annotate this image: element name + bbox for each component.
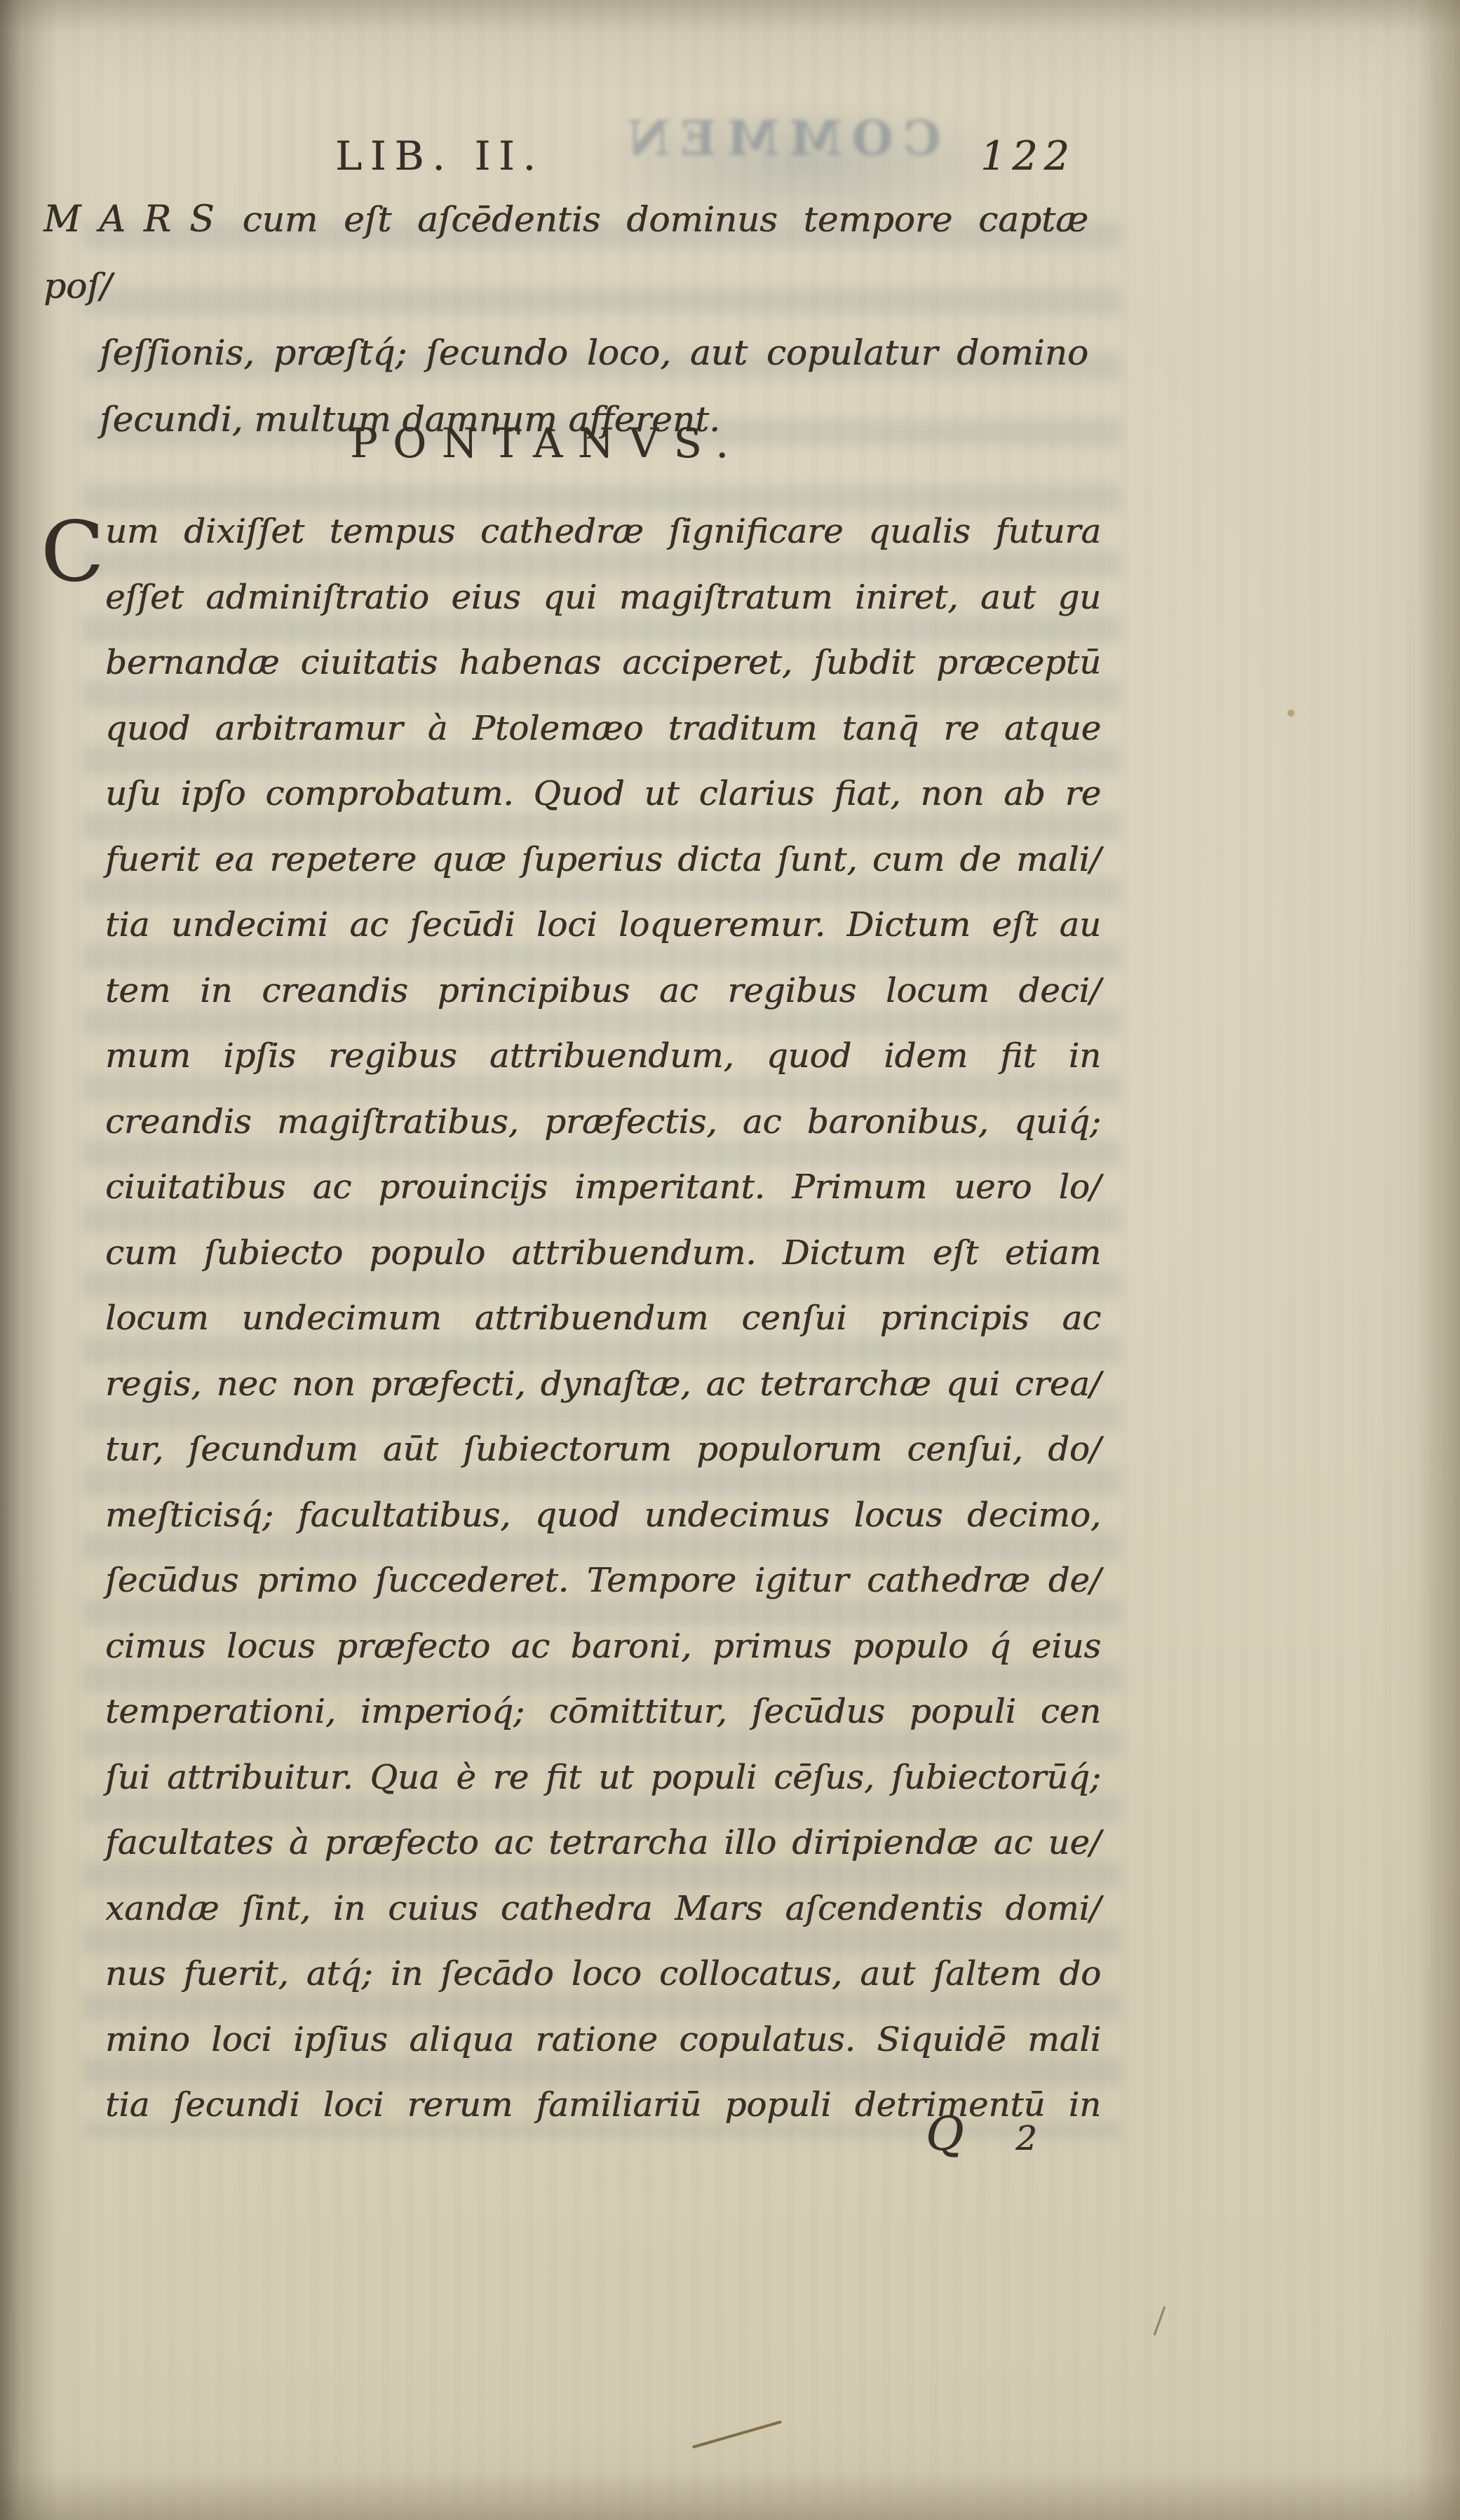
scan-vignette: [0, 0, 1460, 2520]
book-page-scan: COMMEN LIB. II. 122 MARScum eſt aſcēdent…: [0, 0, 1460, 2520]
